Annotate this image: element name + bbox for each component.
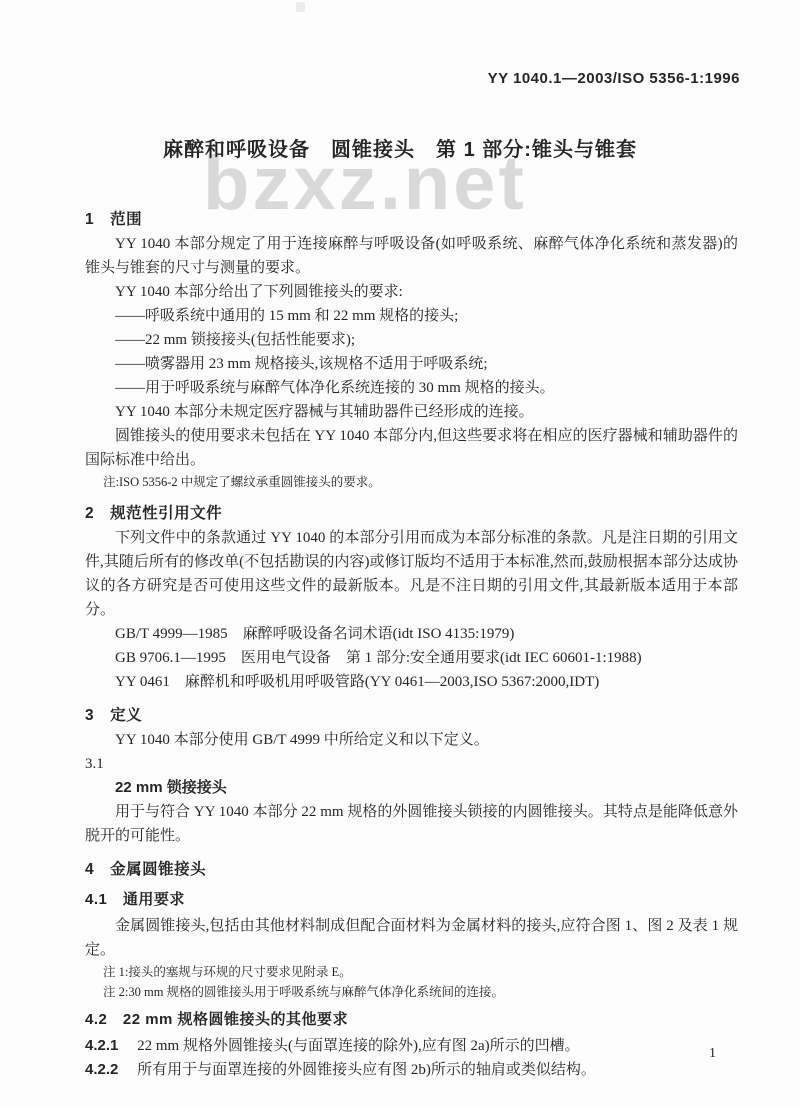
section4-heading: 4 金属圆锥接头	[85, 858, 738, 882]
list-item: ——呼吸系统中通用的 15 mm 和 22 mm 规格的接头;	[85, 304, 738, 328]
section1-paragraph: YY 1040 本部分规定了用于连接麻醉与呼吸设备(如呼吸系统、麻醉气体净化系统…	[85, 232, 738, 280]
section4-1-paragraph: 金属圆锥接头,包括由其他材料制成但配合面材料为金属材料的接头,应符合图 1、图 …	[85, 914, 738, 962]
term-heading: 22 mm 锁接接头	[85, 776, 738, 800]
doc-number: YY 1040.1—2003/ISO 5356-1:1996	[488, 70, 740, 87]
reference-item: YY 0461 麻醉机和呼吸机用呼吸管路(YY 0461—2003,ISO 53…	[85, 670, 738, 694]
clause-4-2-1-number: 4.2.1	[85, 1037, 133, 1054]
section4-note-2: 注 2:30 mm 规格的圆锥接头用于呼吸系统与麻醉气体净化系统间的连接。	[103, 982, 738, 1002]
page-title: 麻醉和呼吸设备 圆锥接头 第 1 部分:锥头与锥套	[0, 133, 800, 162]
clause-4-2-1: 4.2.1 22 mm 规格外圆锥接头(与面罩连接的除外),应有图 2a)所示的…	[85, 1034, 738, 1058]
section1-paragraph: YY 1040 本部分给出了下列圆锥接头的要求:	[85, 280, 738, 304]
section3-paragraph: YY 1040 本部分使用 GB/T 4999 中所给定义和以下定义。	[85, 728, 738, 752]
list-item: ——22 mm 锁接接头(包括性能要求);	[85, 328, 738, 352]
section4-note-1: 注 1:接头的塞规与环规的尺寸要求见附录 E。	[103, 962, 738, 982]
clause-4-2-2-number: 4.2.2	[85, 1061, 133, 1078]
clause-4-2-2-text: 所有用于与面罩连接的外圆锥接头应有图 2b)所示的轴肩或类似结构。	[137, 1062, 596, 1078]
term-definition: 用于与符合 YY 1040 本部分 22 mm 规格的外圆锥接头锁接的内圆锥接头…	[85, 800, 738, 848]
reference-item: GB/T 4999—1985 麻醉呼吸设备名词术语(idt ISO 4135:1…	[85, 622, 738, 646]
standard-document-page: bzxz.net YY 1040.1—2003/ISO 5356-1:1996 …	[0, 0, 800, 1108]
clause-number-3-1: 3.1	[85, 752, 738, 776]
section1-paragraph: YY 1040 本部分未规定医疗器械与其辅助器件已经形成的连接。	[85, 400, 738, 424]
page-number: 1	[709, 1046, 716, 1062]
section4-1-heading: 4.1 通用要求	[85, 886, 738, 914]
section4-2-heading: 4.2 22 mm 规格圆锥接头的其他要求	[85, 1006, 738, 1034]
section2-paragraph: 下列文件中的条款通过 YY 1040 的本部分引用而成为本部分标准的条款。凡是注…	[85, 526, 738, 622]
section1-paragraph: 圆锥接头的使用要求未包括在 YY 1040 本部分内,但这些要求将在相应的医疗器…	[85, 424, 738, 472]
clause-4-2-1-text: 22 mm 规格外圆锥接头(与面罩连接的除外),应有图 2a)所示的凹槽。	[137, 1038, 579, 1054]
section2-heading: 2 规范性引用文件	[85, 502, 738, 526]
reference-item: GB 9706.1—1995 医用电气设备 第 1 部分:安全通用要求(idt …	[85, 646, 738, 670]
clause-4-2-2: 4.2.2 所有用于与面罩连接的外圆锥接头应有图 2b)所示的轴肩或类似结构。	[85, 1058, 738, 1082]
list-item: ——喷雾器用 23 mm 规格接头,该规格不适用于呼吸系统;	[85, 352, 738, 376]
list-item: ——用于呼吸系统与麻醉气体净化系统连接的 30 mm 规格的接头。	[85, 376, 738, 400]
section3-heading: 3 定义	[85, 704, 738, 728]
document-body: 1 范围 YY 1040 本部分规定了用于连接麻醉与呼吸设备(如呼吸系统、麻醉气…	[0, 208, 800, 1082]
section1-note: 注:ISO 5356-2 中规定了螺纹承重圆锥接头的要求。	[103, 472, 738, 492]
section1-heading: 1 范围	[85, 208, 738, 232]
document-header: YY 1040.1—2003/ISO 5356-1:1996	[0, 0, 800, 87]
